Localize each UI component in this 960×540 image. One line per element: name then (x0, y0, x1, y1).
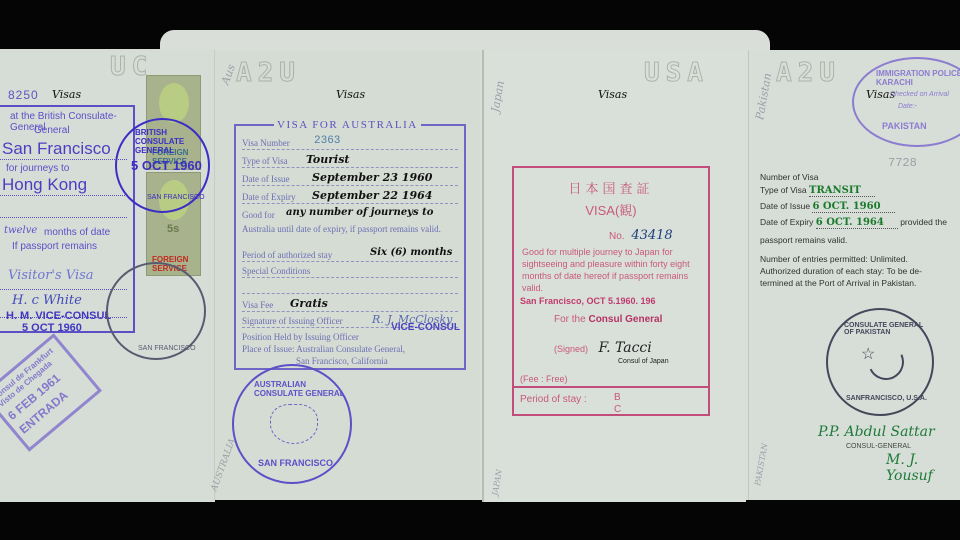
jp-number-value: 43418 (631, 228, 672, 243)
visas-heading: Visas (598, 88, 627, 101)
pk-number-label: Number of Visa (760, 172, 818, 182)
jp-period-of-stay: Period of stay : B C (514, 386, 708, 414)
british-validity-value: twelve (4, 225, 37, 236)
pk-type-value: TRANSIT (809, 185, 875, 197)
pk-visa-number: 7728 (888, 156, 917, 170)
pakistan-consulate-seal: CONSULATE GENERAL OF PAKISTAN ☆ SANFRANC… (826, 308, 934, 416)
jp-validity-text: Good for multiple journey to Japan for s… (522, 246, 702, 294)
au-seal-city: SAN FRANCISCO (258, 458, 333, 468)
jp-signature-line: (Signed) F. Tacci (554, 340, 652, 356)
pk-duration-1: Authorized duration of each stay: To be … (760, 266, 922, 276)
jp-fee: (Fee : Free) (520, 374, 568, 384)
pk-expiry-value: 6 OCT. 1964 (816, 217, 898, 229)
pk-signature-2: M. J. Yousuf (886, 452, 960, 484)
police-stamp-checked: Checked on Arrival (890, 91, 949, 98)
british-signature: H. c White (12, 293, 82, 308)
au-period-value: Six (6) months (370, 247, 452, 258)
jp-title: 日本国査証 (514, 178, 708, 197)
pk-passport-valid: passport remains valid. (760, 235, 847, 245)
pk-seal-city: SANFRANCISCO, U.S.A. (846, 395, 927, 402)
british-date: 5 OCT 1960 (22, 322, 82, 334)
police-stamp-date-label: Date:- (898, 103, 917, 110)
pk-duration-2: termined at the Port of Arrival in Pakis… (760, 278, 916, 288)
pk-expiry-row: Date of Expiry 6 OCT. 1964 provided the (760, 217, 947, 228)
jp-consul-title: Consul of Japan (618, 358, 669, 365)
au-field-fee: Visa Fee Gratis (242, 300, 458, 312)
visas-heading: Visas (52, 88, 81, 101)
australian-consulate-seal: AUSTRALIAN CONSULATE GENERAL SAN FRANCIS… (232, 364, 352, 484)
pk-seal-ring: CONSULATE GENERAL OF PAKISTAN (844, 322, 932, 336)
perforation-japan: USA (644, 58, 709, 88)
japanese-visa-stamp: 日本国査証 VISA(観) No. 43418 Good for multipl… (512, 166, 710, 416)
pk-signatory-title: CONSUL-GENERAL (846, 443, 911, 450)
pk-issue-row: Date of Issue 6 OCT. 1960 (760, 201, 895, 212)
pk-signature: P.P. Abdul Sattar (818, 424, 935, 440)
au-field-good-for: Good for any number of journeys to (242, 210, 458, 222)
british-royal-arms-seal: SAN FRANCISCO (106, 262, 206, 360)
police-stamp-ring: IMMIGRATION POLICE, KARACHI (876, 69, 960, 87)
seal-city: SAN FRANCISCO (138, 345, 196, 352)
au-place-city: San Francisco, California (296, 356, 458, 366)
au-position-value: VICE-CONSUL (391, 322, 460, 333)
australian-visa-title: VISA FOR AUSTRALIA (274, 119, 421, 131)
coat-of-arms-icon (270, 404, 318, 444)
au-type-value: Tourist (306, 153, 350, 166)
consulate-stamp-date: 5 OCT 1960 (131, 158, 202, 173)
au-expiry-value: September 22 1964 (312, 189, 432, 202)
au-field-type: Type of Visa Tourist (242, 156, 458, 168)
british-visa-number: 8250 (8, 88, 39, 102)
jp-place-date: San Francisco, OCT 5.1960. 196 (520, 296, 656, 306)
jp-number: No. 43418 (609, 228, 673, 243)
au-field-visa-number: Visa Number 2363 (242, 138, 458, 150)
fiscal-stamp-value: 5s (167, 223, 179, 235)
jp-for-the: For the Consul General (554, 314, 662, 325)
british-passport-text: If passport remains (12, 241, 97, 252)
pk-type-row: Type of Visa TRANSIT (760, 185, 875, 196)
jp-visa-type: VISA(観) (514, 200, 708, 219)
au-field-position: Position Held by Issuing Officer (242, 332, 458, 344)
consulate-stamp-ring: BRITISH CONSULATE GENERAL (135, 128, 208, 155)
au-condition-text: Australia until date of expiry, if passp… (242, 224, 458, 235)
british-city: San Francisco (2, 139, 111, 159)
british-issued-at: at the British Consulate-General (10, 111, 133, 133)
visas-heading: Visas (336, 88, 365, 101)
au-seal-ring: AUSTRALIAN CONSULATE GENERAL (254, 380, 350, 398)
british-visa-type: Visitor's Visa (8, 268, 94, 283)
british-consulate-date-stamp: BRITISH CONSULATE GENERAL 5 OCT 1960 SAN… (115, 118, 210, 213)
queen-portrait-icon (159, 83, 189, 123)
au-visa-number-value: 2363 (314, 135, 340, 147)
british-destination: Hong Kong (2, 175, 87, 195)
jp-signature: F. Tacci (599, 340, 652, 356)
pk-entries: Number of entries permitted: Unlimited. (760, 254, 908, 264)
british-for-journeys: for journeys to (6, 163, 69, 174)
au-field-special: Special Conditions (242, 266, 458, 278)
british-officer: H. M. VICE-CONSUL (6, 310, 111, 322)
au-good-for-value: any number of journeys to (286, 207, 433, 218)
british-general: General (34, 125, 70, 136)
jp-consul-general: Consul General (588, 314, 662, 325)
british-validity-text: months of date (44, 227, 110, 238)
au-issue-value: September 23 1960 (312, 171, 432, 184)
pk-issue-value: 6 OCT. 1960 (812, 201, 894, 213)
au-field-period: Period of authorized stay Six (6) months (242, 250, 458, 262)
police-stamp-country: PAKISTAN (882, 121, 927, 131)
australian-visa-stamp: VISA FOR AUSTRALIA Visa Number 2363 Type… (234, 124, 466, 370)
perforation-pakistan: A2U (776, 58, 841, 88)
au-field-issue: Date of Issue September 23 1960 (242, 174, 458, 186)
au-fee-value: Gratis (290, 297, 328, 310)
au-place-label: Place of Issue: Australian Consulate Gen… (242, 344, 458, 354)
perforation-australia: A2U (236, 58, 301, 88)
consulate-stamp-city: SAN FRANCISCO (147, 194, 205, 201)
au-field-expiry: Date of Expiry September 22 1964 (242, 192, 458, 204)
